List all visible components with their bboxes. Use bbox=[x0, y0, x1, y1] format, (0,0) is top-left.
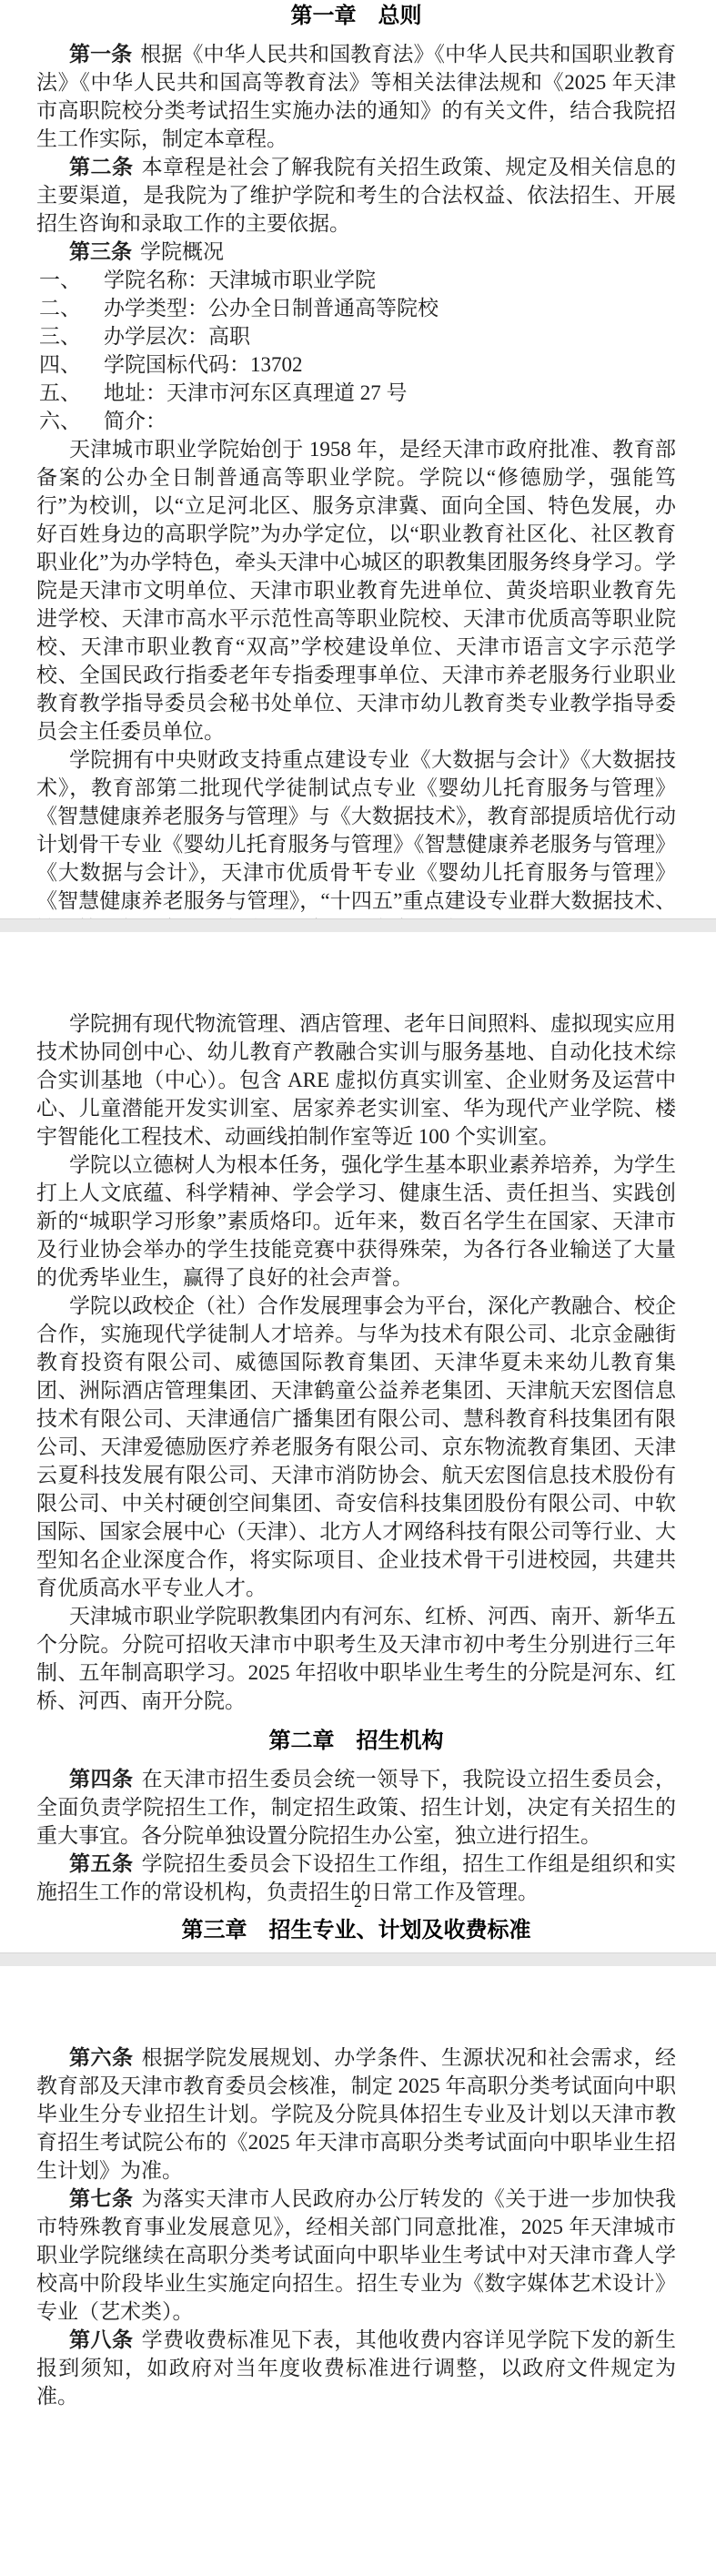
document-page-3: 第六条根据学院发展规划、办学条件、生源状况和社会需求，经教育部及天津市教育委员会… bbox=[0, 1966, 716, 2576]
article-paragraph: 第一条根据《中华人民共和国教育法》《中华人民共和国职业教育法》《中华人民共和国高… bbox=[36, 40, 676, 153]
article-number: 第三条 bbox=[69, 240, 132, 263]
article-text: 学院概况 bbox=[140, 240, 224, 263]
paragraph-text: 天津城市职业学院职教集团内有河东、红桥、河西、南开、新华五个分院。分院可招收天津… bbox=[36, 1605, 676, 1712]
list-item-number: 四、 bbox=[36, 350, 104, 379]
chapter-heading: 第一章 总则 bbox=[36, 3, 676, 31]
paragraph-text: 学院以立德树人为根本任务，强化学生基本职业素养培养，为学生打上人文底蕴、科学精神… bbox=[36, 1153, 676, 1289]
cooperation-paragraph: 学院以政校企（社）合作发展理事会为平台，深化产教融合、校企合作，实施现代学徒制人… bbox=[36, 1292, 676, 1602]
list-item-text: 办学层次：高职 bbox=[104, 322, 676, 350]
list-item-number: 一、 bbox=[36, 266, 104, 294]
education-paragraph: 学院以立德树人为根本任务，强化学生基本职业素养培养，为学生打上人文底蕴、科学精神… bbox=[36, 1151, 676, 1292]
paragraph-text: 天津城市职业学院始创于 1958 年，是经天津市政府批准、教育部备案的公办全日制… bbox=[36, 438, 676, 743]
article-paragraph: 第四条在天津市招生委员会统一领导下，我院设立招生委员会，全面负责学院招生工作，制… bbox=[36, 1765, 676, 1850]
article-paragraph: 第七条为落实天津市人民政府办公厅转发的《关于进一步加快我市特殊教育事业发展意见》… bbox=[36, 2185, 676, 2326]
list-item-text: 地址：天津市河东区真理道 27 号 bbox=[104, 379, 676, 407]
paragraph-text: 学院以政校企（社）合作发展理事会为平台，深化产教融合、校企合作，实施现代学徒制人… bbox=[36, 1294, 676, 1599]
article-paragraph: 第八条学费收费标准见下表，其他收费内容详见学院下发的新生报到须知，如政府对当年度… bbox=[36, 2326, 676, 2410]
article-paragraph: 第三条学院概况 bbox=[36, 238, 676, 266]
list-item: 二、办学类型：公办全日制普通高等院校 bbox=[36, 294, 676, 322]
branches-paragraph: 天津城市职业学院职教集团内有河东、红桥、河西、南开、新华五个分院。分院可招收天津… bbox=[36, 1602, 676, 1715]
page-number: 1 bbox=[0, 858, 716, 877]
document-page-1: 第一章 总则 第一条根据《中华人民共和国教育法》《中华人民共和国职业教育法》《中… bbox=[0, 0, 716, 918]
page-number: 2 bbox=[0, 1892, 716, 1912]
majors-paragraph: 学院拥有中央财政支持重点建设专业《大数据与会计》《大数据技术》，教育部第二批现代… bbox=[36, 745, 676, 918]
list-item-number: 五、 bbox=[36, 379, 104, 407]
list-item-text: 办学类型：公办全日制普通高等院校 bbox=[104, 294, 676, 322]
list-item: 六、简介： bbox=[36, 407, 676, 435]
list-item-text: 学院国标代码：13702 bbox=[104, 350, 676, 379]
list-item-number: 二、 bbox=[36, 294, 104, 322]
article-number: 第一条 bbox=[69, 43, 132, 66]
paragraph-text: 学院拥有中央财政支持重点建设专业《大数据与会计》《大数据技术》，教育部第二批现代… bbox=[36, 748, 676, 918]
paragraph-text: 学院拥有现代物流管理、酒店管理、老年日间照料、虚拟现实应用技术协同创中心、幼儿教… bbox=[36, 1012, 676, 1148]
article-number: 第二条 bbox=[69, 156, 134, 178]
document-page-2: 学院拥有现代物流管理、酒店管理、老年日间照料、虚拟现实应用技术协同创中心、幼儿教… bbox=[0, 932, 716, 1952]
list-item: 三、办学层次：高职 bbox=[36, 322, 676, 350]
article-number: 第七条 bbox=[69, 2187, 134, 2210]
article-text: 根据《中华人民共和国教育法》《中华人民共和国职业教育法》《中华人民共和国高等教育… bbox=[36, 43, 676, 150]
chapter-heading: 第二章 招生机构 bbox=[36, 1728, 676, 1756]
list-item-number: 三、 bbox=[36, 322, 104, 350]
list-item: 一、学院名称：天津城市职业学院 bbox=[36, 266, 676, 294]
article-number: 第四条 bbox=[69, 1768, 134, 1790]
list-item-text: 简介： bbox=[104, 407, 676, 435]
list-item: 五、地址：天津市河东区真理道 27 号 bbox=[36, 379, 676, 407]
document-viewer: 第一章 总则 第一条根据《中华人民共和国教育法》《中华人民共和国职业教育法》《中… bbox=[0, 0, 716, 2576]
training-centers-paragraph: 学院拥有现代物流管理、酒店管理、老年日间照料、虚拟现实应用技术协同创中心、幼儿教… bbox=[36, 1009, 676, 1151]
article-number: 第八条 bbox=[69, 2328, 134, 2351]
article-paragraph: 第六条根据学院发展规划、办学条件、生源状况和社会需求，经教育部及天津市教育委员会… bbox=[36, 2044, 676, 2185]
article-number: 第六条 bbox=[69, 2046, 134, 2069]
article-paragraph: 第二条本章程是社会了解我院有关招生政策、规定及相关信息的主要渠道，是我院为了维护… bbox=[36, 153, 676, 238]
chapter-heading: 第三章 招生专业、计划及收费标准 bbox=[36, 1917, 676, 1945]
page-separator bbox=[0, 918, 716, 932]
list-item: 四、学院国标代码：13702 bbox=[36, 350, 676, 379]
article-number: 第五条 bbox=[69, 1852, 134, 1875]
list-item-number: 六、 bbox=[36, 407, 104, 435]
list-item-text: 学院名称：天津城市职业学院 bbox=[104, 266, 676, 294]
page-separator bbox=[0, 1952, 716, 1966]
intro-paragraph: 天津城市职业学院始创于 1958 年，是经天津市政府批准、教育部备案的公办全日制… bbox=[36, 435, 676, 745]
